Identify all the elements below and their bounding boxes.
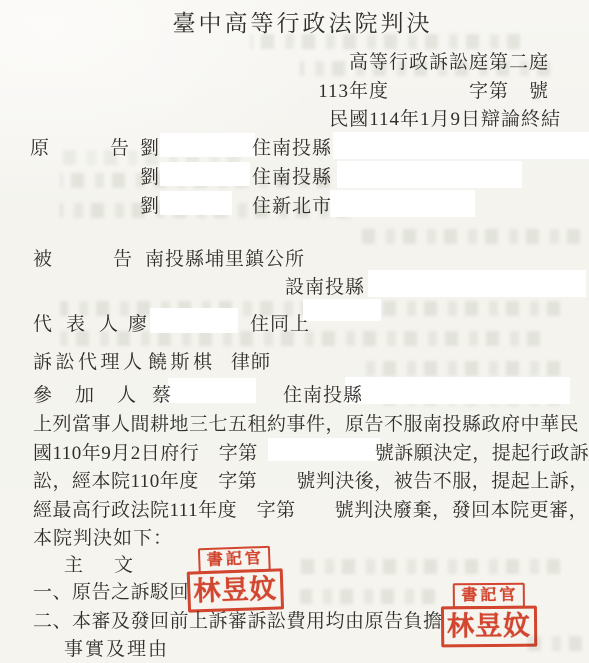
bleedthrough-artifact (300, 589, 435, 604)
intervenor-name: 蔡 (152, 384, 172, 408)
preamble-line-4: 經最高行政法院111年度 字第 號判決廢棄，發回本院更審， (33, 499, 588, 523)
hearing-conclusion-date: 民國114年1月9日辯論終結 (329, 108, 561, 132)
defendant-label: 被 告 (33, 248, 133, 272)
counsel-name: 饒斯棋 (148, 351, 216, 375)
holding-1: 一、原告之訴駁回 (33, 581, 189, 605)
plaintiff-address-1: 住南投縣 (252, 137, 332, 161)
intervenor-address: 住南投縣 (283, 384, 363, 408)
intervenor-label: 參加人 (33, 384, 159, 408)
counsel-label: 訴訟代理人 (33, 351, 146, 375)
case-number: 113年度 字第 號 (318, 80, 549, 104)
preamble-line-2: 國110年9月2日府行 字第 號訴願決定，提起行政訴 (33, 442, 589, 466)
holding-2: 二、本審及發回前上訴審訴訟費用均由原告負擔 (33, 610, 443, 634)
representative-address: 住同上 (250, 313, 310, 337)
plaintiff-name-2: 劉 (140, 166, 160, 190)
clerk-stamp-name: 林昱妏 (441, 606, 537, 648)
plaintiff-address-3: 住新北市 (252, 195, 332, 219)
preamble-line-5: 本院判決如下： (33, 527, 173, 551)
main-text-heading: 主 文 (64, 554, 139, 578)
facts-heading: 事實及理由 (64, 638, 169, 662)
plaintiff-name-1: 劉 (140, 137, 160, 161)
plaintiff-address-2: 住南投縣 (252, 166, 332, 190)
clerk-stamp-1: 書記官 林昱妏 (186, 545, 284, 613)
bleedthrough-artifact (300, 559, 560, 574)
court-division: 高等行政訴訟庭第二庭 (349, 51, 549, 75)
judgment-page: 臺中高等行政法院判決 高等行政訴訟庭第二庭 113年度 字第 號 民國114年1… (0, 0, 589, 663)
document-title: 臺中高等行政法院判決 (0, 10, 589, 39)
plaintiff-name-3: 劉 (140, 195, 160, 219)
representative-name: 廖 (128, 313, 148, 337)
representative-label: 代表人 (33, 313, 132, 337)
defendant-name: 南投縣埔里鎮公所 (145, 248, 305, 272)
clerk-stamp-2: 書記官 林昱妏 (441, 583, 538, 648)
counsel-suffix: 律師 (231, 351, 271, 375)
preamble-line-1: 上列當事人間耕地三七五租約事件，原告不服南投縣政府中華民 (33, 413, 579, 437)
defendant-address: 設南投縣 (285, 276, 365, 300)
preamble-line-3: 訟，經本院110年度 字第 號判決後，被告不服，提起上訴， (33, 470, 589, 494)
plaintiff-label: 原 告 (30, 137, 130, 161)
clerk-stamp-name: 林昱妏 (187, 569, 284, 613)
clerk-stamp-title: 書記官 (453, 583, 524, 609)
